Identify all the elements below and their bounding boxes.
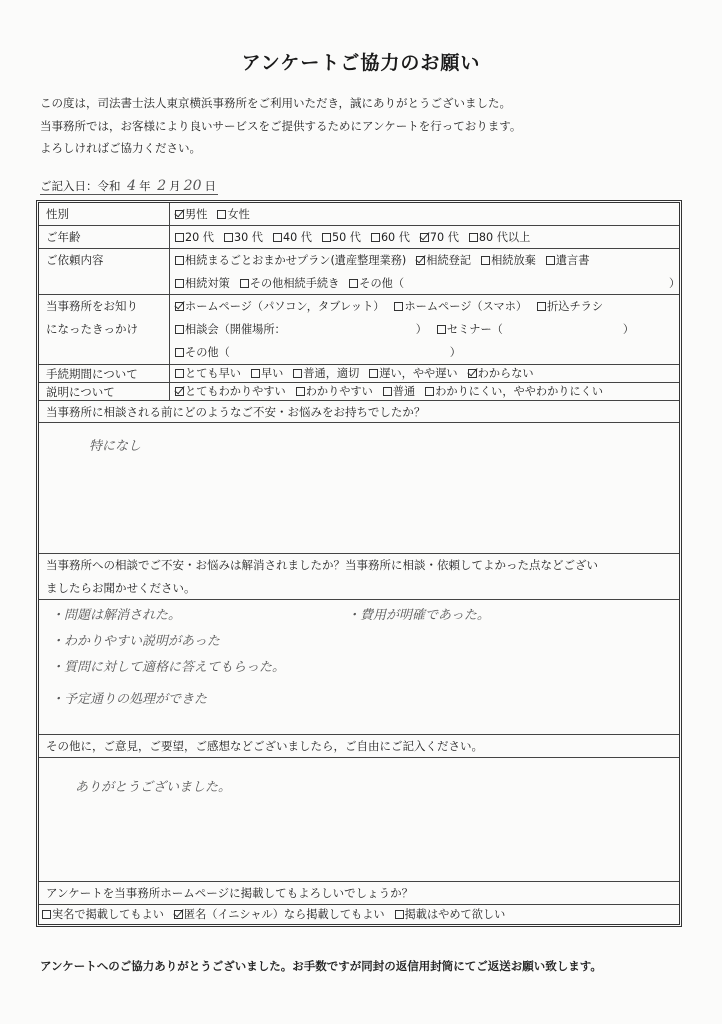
checkbox[interactable]	[42, 910, 51, 919]
option-age-50[interactable]: 50 代	[322, 226, 361, 249]
gender-label: 性別	[39, 203, 170, 225]
checkbox[interactable]	[322, 233, 331, 242]
row-duration: 手続期間について とても早い 早い 普通，適切 遅い，やや遅い わからない	[39, 365, 679, 383]
option-age-80-plus[interactable]: 80 代以上	[469, 226, 530, 249]
explanation-label: 説明について	[39, 383, 170, 400]
option-homepage-pc[interactable]: ホームページ（パソコン，タブレット）	[175, 295, 384, 318]
q2-answer-line: ・質問に対して適格に答えてもらった。	[51, 656, 285, 675]
option-average[interactable]: 普通	[383, 383, 415, 401]
option-inheritance-renunciation[interactable]: 相続放棄	[481, 249, 536, 272]
checkbox[interactable]	[251, 369, 260, 378]
checkbox[interactable]	[175, 369, 184, 378]
checkbox[interactable]	[481, 256, 490, 265]
row-request: ご依頼内容 相続まるごとおまかせプラン(遺産整理業務) 相続登記 相続放棄 遺言…	[39, 249, 679, 295]
q3-answer-area[interactable]: ありがとうございました。	[39, 758, 679, 882]
checkbox-checked[interactable]	[416, 256, 425, 265]
q2-question: 当事務所への相談でご不安・お悩みは解消されましたか？当事務所に相談・依頼してよか…	[39, 554, 679, 600]
option-anonymous[interactable]: 匿名（イニシャル）なら掲載してもよい	[174, 905, 385, 924]
row-explanation: 説明について とてもわかりやすい わかりやすい 普通 わかりにくい，ややわかりに…	[39, 383, 679, 401]
checkbox[interactable]	[349, 279, 358, 288]
checkbox-checked[interactable]	[175, 210, 184, 219]
intro-text: この度は，司法書士法人東京横浜事務所をご利用いただき，誠にありがとうございました…	[40, 92, 521, 160]
q1-answer-area[interactable]: 特になし	[39, 423, 679, 554]
option-unclear[interactable]: わかりにくい，ややわかりにくい	[425, 383, 603, 401]
checkbox[interactable]	[293, 369, 302, 378]
option-flyer[interactable]: 折込チラシ	[537, 295, 603, 318]
checkbox-checked[interactable]	[175, 387, 184, 396]
q1-answer: 特になし	[89, 435, 141, 454]
q2-answer-line: ・予定通りの処理ができた	[51, 688, 207, 707]
option-no-publish[interactable]: 掲載はやめて欲しい	[395, 905, 506, 924]
q2-answer-line: ・わかりやすい説明があった	[51, 630, 220, 649]
checkbox[interactable]	[175, 325, 184, 334]
checkbox[interactable]	[296, 387, 305, 396]
checkbox[interactable]	[394, 302, 403, 311]
publish-question: アンケートを当事務所ホームページに掲載してもよろしいでしょうか？	[39, 882, 679, 905]
source-label: 当事務所をお知り になったきっかけ	[39, 295, 170, 364]
intro-line: よろしければご協力ください。	[40, 137, 521, 160]
q1-header: 当事務所に相談される前にどのようなご不安・お悩みをお持ちでしたか？	[39, 401, 679, 423]
checkbox[interactable]	[371, 233, 380, 242]
checkbox[interactable]	[273, 233, 282, 242]
option-age-70[interactable]: 70 代	[420, 226, 459, 249]
checkbox-checked[interactable]	[175, 302, 184, 311]
age-options: 20 代 30 代 40 代 50 代 60 代 70 代 80 代以上	[171, 226, 679, 248]
request-options: 相続まるごとおまかせプラン(遺産整理業務) 相続登記 相続放棄 遺言書 相続対策…	[171, 249, 679, 294]
month-unit: 月	[169, 179, 181, 193]
checkbox[interactable]	[425, 387, 434, 396]
option-age-20[interactable]: 20 代	[175, 226, 214, 249]
option-clear[interactable]: わかりやすい	[296, 383, 373, 401]
row-gender: 性別 男性 女性	[39, 203, 679, 226]
duration-options: とても早い 早い 普通，適切 遅い，やや遅い わからない	[171, 365, 679, 382]
row-source: 当事務所をお知り になったきっかけ ホームページ（パソコン，タブレット） ホーム…	[39, 295, 679, 365]
option-consultation[interactable]: 相談会（開催場所：）	[175, 318, 427, 341]
checkbox[interactable]	[395, 910, 404, 919]
option-inheritance-registration[interactable]: 相続登記	[416, 249, 471, 272]
q3-question: その他に，ご意見，ご要望，ご感想などございましたら，ご自由にご記入ください。	[39, 735, 679, 758]
checkbox[interactable]	[175, 279, 184, 288]
checkbox[interactable]	[383, 387, 392, 396]
option-age-30[interactable]: 30 代	[224, 226, 263, 249]
checkbox[interactable]	[369, 369, 378, 378]
intro-line: 当事務所では，お客様により良いサービスをご提供するためにアンケートを行っておりま…	[40, 115, 521, 138]
row-age: ご年齢 20 代 30 代 40 代 50 代 60 代 70 代 80 代以上	[39, 226, 679, 249]
option-other-procedures[interactable]: その他相続手続き	[240, 272, 340, 295]
checkbox[interactable]	[175, 256, 184, 265]
duration-label: 手続期間について	[39, 365, 170, 382]
publish-header: アンケートを当事務所ホームページに掲載してもよろしいでしょうか？	[39, 882, 679, 905]
option-will[interactable]: 遺言書	[546, 249, 590, 272]
intro-line: この度は，司法書士法人東京横浜事務所をご利用いただき，誠にありがとうございました…	[40, 92, 521, 115]
checkbox-checked[interactable]	[468, 369, 477, 378]
year-unit: 年	[139, 179, 151, 193]
checkbox[interactable]	[217, 210, 226, 219]
option-full-plan[interactable]: 相続まるごとおまかせプラン(遺産整理業務)	[175, 249, 406, 272]
option-very-clear[interactable]: とてもわかりやすい	[175, 383, 286, 401]
option-dont-know[interactable]: わからない	[468, 365, 534, 383]
checkbox[interactable]	[437, 325, 446, 334]
explanation-options: とてもわかりやすい わかりやすい 普通 わかりにくい，ややわかりにくい	[171, 383, 679, 400]
entry-day-field[interactable]: 20	[181, 178, 205, 194]
entry-date: ご記入日：令和 4年 2月20日	[40, 178, 218, 195]
option-normal[interactable]: 普通，適切	[293, 365, 359, 383]
checkbox[interactable]	[469, 233, 478, 242]
checkbox[interactable]	[546, 256, 555, 265]
source-options: ホームページ（パソコン，タブレット） ホームページ（スマホ） 折込チラシ 相談会…	[171, 295, 679, 364]
age-label: ご年齢	[39, 226, 170, 248]
option-seminar[interactable]: セミナー（）	[437, 318, 634, 341]
checkbox[interactable]	[224, 233, 233, 242]
checkbox-checked[interactable]	[174, 910, 183, 919]
option-source-other[interactable]: その他（）	[175, 341, 461, 364]
checkbox[interactable]	[537, 302, 546, 311]
option-very-fast[interactable]: とても早い	[175, 365, 241, 383]
checkbox[interactable]	[175, 233, 184, 242]
q3-header: その他に，ご意見，ご要望，ご感想などございましたら，ご自由にご記入ください。	[39, 735, 679, 758]
option-homepage-phone[interactable]: ホームページ（スマホ）	[394, 295, 527, 318]
q2-answer-line: ・費用が明確であった。	[347, 604, 490, 623]
q3-answer: ありがとうございました。	[75, 776, 231, 795]
option-age-60[interactable]: 60 代	[371, 226, 410, 249]
option-inheritance-planning[interactable]: 相続対策	[175, 272, 230, 295]
checkbox[interactable]	[175, 348, 184, 357]
checkbox-checked[interactable]	[420, 233, 429, 242]
option-female[interactable]: 女性	[217, 203, 249, 226]
request-label: ご依頼内容	[39, 249, 170, 294]
option-age-40[interactable]: 40 代	[273, 226, 312, 249]
q2-answer-line: ・問題は解消された。	[51, 604, 181, 623]
option-request-other[interactable]: その他（）	[349, 272, 680, 295]
entry-year-field[interactable]: 4	[124, 178, 139, 194]
checkbox[interactable]	[240, 279, 249, 288]
publish-options: 実名で掲載してもよい 匿名（イニシャル）なら掲載してもよい 掲載はやめて欲しい	[39, 905, 679, 924]
gender-options: 男性 女性	[171, 203, 679, 225]
page-title: アンケートご協力のお願い	[0, 48, 722, 75]
day-unit: 日	[204, 179, 216, 193]
option-real-name[interactable]: 実名で掲載してもよい	[42, 905, 164, 924]
footer-note: アンケートへのご協力ありがとうございました。お手数ですが同封の返信用封筒にてご返…	[40, 958, 602, 974]
entry-date-label: ご記入日：令和	[40, 179, 121, 193]
q2-header: 当事務所への相談でご不安・お悩みは解消されましたか？当事務所に相談・依頼してよか…	[39, 554, 679, 600]
option-fast[interactable]: 早い	[251, 365, 283, 383]
q2-answer-area[interactable]: ・問題は解消された。 ・わかりやすい説明があった ・質問に対して適格に答えてもら…	[39, 600, 679, 735]
q1-question: 当事務所に相談される前にどのようなご不安・お悩みをお持ちでしたか？	[39, 401, 679, 423]
survey-form: 性別 男性 女性 ご年齢 20 代 30 代 40 代 50 代 60 代 70…	[36, 200, 682, 927]
option-slow[interactable]: 遅い，やや遅い	[369, 365, 457, 383]
option-male[interactable]: 男性	[175, 203, 207, 226]
entry-month-field[interactable]: 2	[154, 178, 169, 194]
